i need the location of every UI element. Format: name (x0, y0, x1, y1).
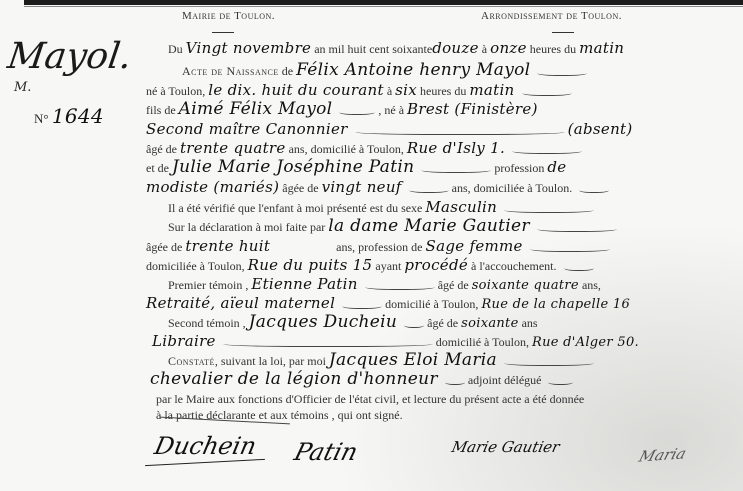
line-witness1-info: Retraité, aïeul maternel domicilié à Tou… (146, 295, 630, 313)
text: ans, profession de (336, 240, 422, 254)
line-birth: né à Toulon, le dix. huit du courant à s… (146, 82, 572, 99)
margin-surname: Mayol. (5, 36, 134, 77)
handwritten-father-birthplace: Brest (Finistère) (407, 100, 538, 118)
handwritten-witness1-age: soixante quatre (472, 278, 579, 293)
text: domicilié à Toulon, (385, 297, 478, 311)
text: domicilié à Toulon, (436, 335, 529, 349)
handwritten-child-name: Félix Antoine henry Mayol (296, 60, 530, 80)
filler-line (512, 147, 582, 154)
filler-line (409, 186, 449, 193)
text: âgée de (282, 181, 318, 195)
handwritten-father-address: Rue d'Isly 1. (407, 139, 505, 157)
handwritten-de: de (547, 158, 566, 176)
text: Il a été vérifié que l'enfant à moi prés… (168, 201, 422, 215)
text: Second témoin , (168, 316, 246, 330)
handwritten-procede: procédé (404, 256, 468, 274)
signature-patin: Patin (291, 438, 361, 466)
text: , suivant la loi, par moi (215, 354, 326, 368)
handwritten-birth-date: le dix. huit du courant (208, 81, 384, 99)
handwritten-sex: Masculin (425, 198, 497, 216)
filler-line (522, 89, 572, 96)
line-mother: et de Julie Marie Joséphine Patin profes… (146, 159, 566, 176)
line-officer-title: chevalier de la légion d'honneur adjoint… (150, 371, 573, 388)
line-declarant-age: âgée de trente huit ans, profession de S… (146, 238, 610, 255)
margin-abbr: M. (14, 80, 31, 95)
line-child-name: Acte de Naissance de Félix Antoine henry… (182, 62, 587, 79)
text: âgé de (146, 142, 177, 156)
filler-line (504, 359, 594, 366)
line-witness2: Second témoin , Jacques Ducheiu âgé de s… (168, 314, 538, 332)
handwritten-absent: (absent) (568, 120, 633, 138)
filler-line (445, 378, 465, 385)
handwritten-father-age: trente quatre (180, 139, 286, 157)
handwritten-declarant-age: trente huit (185, 237, 270, 255)
filler-line (537, 69, 587, 76)
handwritten-father-profession: Second maître Canonnier (146, 120, 348, 138)
text: à l'accouchement. (471, 259, 556, 273)
number-prefix: N° (34, 111, 49, 126)
record-number: N° 1644 (34, 104, 104, 128)
handwritten-officer-title: chevalier de la légion d'honneur (150, 369, 438, 389)
handwritten-birth-time: matin (469, 81, 514, 99)
handwritten-date: Vingt novembre (186, 39, 312, 57)
document-page: Mairie de Toulon. Arrondissement de Toul… (0, 0, 743, 491)
filler-line (564, 264, 594, 271)
text: an mil huit cent soixante (314, 42, 432, 56)
line-date: Du Vingt novembre an mil huit cent soixa… (168, 40, 624, 57)
handwritten-witness1-address: Rue de la chapelle 16 (481, 297, 630, 312)
signature-duchein: Duchein (152, 432, 259, 460)
text: fils de (146, 103, 176, 117)
handwritten-hour: onze (490, 39, 527, 57)
text: âgé de (438, 278, 469, 292)
text: âgée de (146, 240, 182, 254)
handwritten-officer-name: Jacques Eloi Maria (329, 350, 497, 370)
handwritten-year: douze (432, 39, 479, 57)
handwritten-witness2-address: Rue d'Alger 50. (532, 335, 639, 350)
signature-marie-gautier: Marie Gautier (450, 438, 561, 456)
line-sex: Il a été vérifié que l'enfant à moi prés… (168, 199, 594, 216)
text: Du (168, 42, 183, 56)
text: né à Toulon, (146, 84, 205, 98)
header-divider-right (552, 32, 574, 33)
handwritten-witness2-name: Jacques Ducheiu (249, 312, 398, 332)
text: Acte de Naissance (182, 64, 279, 78)
filler-line (404, 321, 424, 328)
line-witness1: Premier témoin , Etienne Patin âgé de so… (168, 276, 601, 294)
text: heures du (420, 84, 466, 98)
signature-maria: Maria (637, 444, 689, 465)
line-officer: Constaté, suivant la loi, par moi Jacque… (168, 352, 594, 369)
filler-line (339, 108, 375, 115)
header-arrondissement: Arrondissement de Toulon. (481, 10, 622, 22)
handwritten-witness2-age: soixante (461, 316, 518, 331)
text: âgé de (427, 316, 458, 330)
line-closing-2: à la partie déclarante et aux témoins , … (156, 407, 403, 423)
filler-line (421, 166, 491, 173)
filler-line (548, 378, 573, 385)
filler-line (504, 206, 594, 213)
line-father-age: âgé de trente quatre ans, domicilié à To… (146, 140, 582, 157)
filler-line (530, 245, 610, 252)
text: domiciliée à Toulon, (146, 259, 245, 273)
filler-line (223, 340, 433, 347)
filler-line (355, 128, 565, 135)
handwritten-declarant-name: la dame Marie Gautier (328, 216, 530, 236)
handwritten-declarant-address: Rue du puits 15 (248, 256, 373, 274)
handwritten-witness1-name: Etienne Patin (251, 275, 357, 293)
top-border (24, 0, 743, 5)
text: profession (494, 161, 544, 175)
text: Constaté (168, 354, 215, 368)
line-declarant: Sur la déclaration à moi faite par la da… (168, 218, 617, 235)
line-mother-age: modiste (mariés) âgée de vingt neuf ans,… (146, 179, 609, 196)
handwritten-time: matin (579, 39, 624, 57)
filler-line (342, 302, 382, 309)
text: à (387, 84, 392, 98)
text: ans, domiciliée à Toulon. (452, 181, 573, 195)
top-border-thin (24, 6, 743, 7)
text: à (482, 42, 487, 56)
handwritten-mother-age: vingt neuf (322, 178, 402, 196)
filler-line (365, 283, 435, 290)
handwritten-mother-profession: modiste (mariés) (146, 178, 279, 196)
filler-line (579, 186, 609, 193)
number-value: 1644 (52, 104, 104, 128)
text: Premier témoin , (168, 278, 248, 292)
line-father-profession: Second maître Canonnier (absent) (146, 121, 633, 138)
text: ayant (375, 259, 401, 273)
text: de (282, 64, 293, 78)
handwritten-mother-name: Julie Marie Joséphine Patin (172, 157, 414, 177)
line-declarant-address: domiciliée à Toulon, Rue du puits 15 aya… (146, 257, 594, 274)
line-father: fils de Aimé Félix Mayol , né à Brest (F… (146, 101, 538, 118)
filler-line (537, 225, 617, 232)
text: heures du (530, 42, 576, 56)
header-mairie: Mairie de Toulon. (182, 10, 275, 22)
text: adjoint délégué (468, 373, 542, 387)
handwritten-birth-hour: six (395, 81, 417, 99)
header-divider-left (212, 32, 234, 33)
handwritten-father-name: Aimé Félix Mayol (179, 99, 333, 119)
line-witness2-info: Libraire domicilié à Toulon, Rue d'Alger… (152, 333, 639, 351)
handwritten-witness1-profession: Retraité, aïeul maternel (146, 294, 335, 312)
text: , né à (378, 103, 404, 117)
text: ans, (582, 278, 601, 292)
handwritten-witness2-profession: Libraire (152, 332, 216, 350)
text: ans, domicilié à Toulon, (289, 142, 404, 156)
text: ans (522, 316, 538, 330)
text: Sur la déclaration à moi faite par (168, 220, 325, 234)
handwritten-declarant-profession: Sage femme (426, 237, 523, 255)
text: et de (146, 161, 169, 175)
line-closing-1: par le Maire aux fonctions d'Officier de… (156, 391, 584, 407)
